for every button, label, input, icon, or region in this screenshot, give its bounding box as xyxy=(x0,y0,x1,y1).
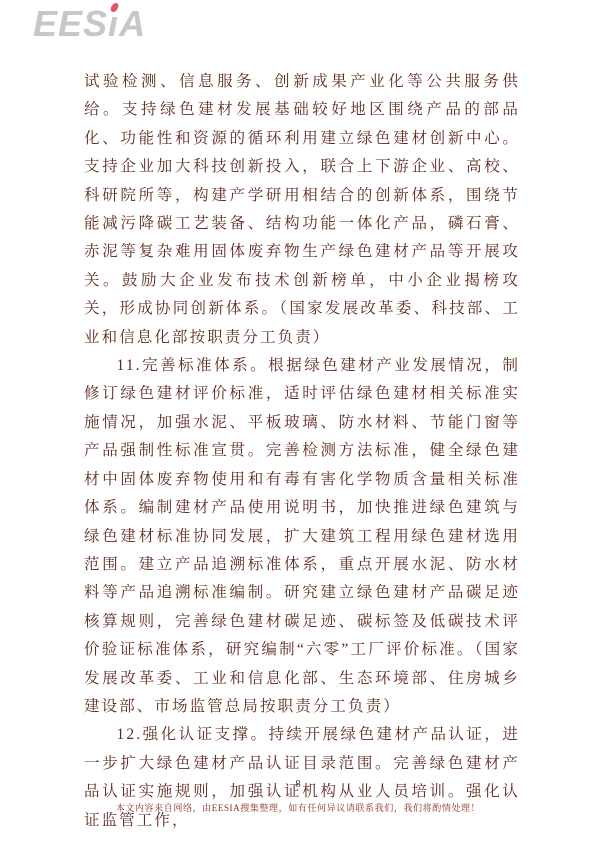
logo-letter-i: ı xyxy=(108,4,119,44)
page-number: 8 xyxy=(0,778,596,790)
eesia-logo: EESıA xyxy=(33,4,146,44)
paragraph-item-11: 11.完善标准体系。根据绿色建材产业发展情况，制修订绿色建材评价标准，适时评估绿… xyxy=(84,352,520,721)
footer-disclaimer: 本文内容来自网络，由EESIA搜集整理，如有任何异议请联系我们，我们将酌情处理！ xyxy=(0,801,596,814)
paragraph-continuation: 试验检测、信息服务、创新成果产业化等公共服务供给。支持绿色建材发展基础较好地区围… xyxy=(84,68,520,352)
document-page: EESıA 试验检测、信息服务、创新成果产业化等公共服务供给。支持绿色建材发展基… xyxy=(0,0,596,842)
document-body: 试验检测、信息服务、创新成果产业化等公共服务供给。支持绿色建材发展基础较好地区围… xyxy=(84,68,520,835)
logo-text-part1: EES xyxy=(33,3,108,44)
logo-text-part3: A xyxy=(119,3,146,44)
